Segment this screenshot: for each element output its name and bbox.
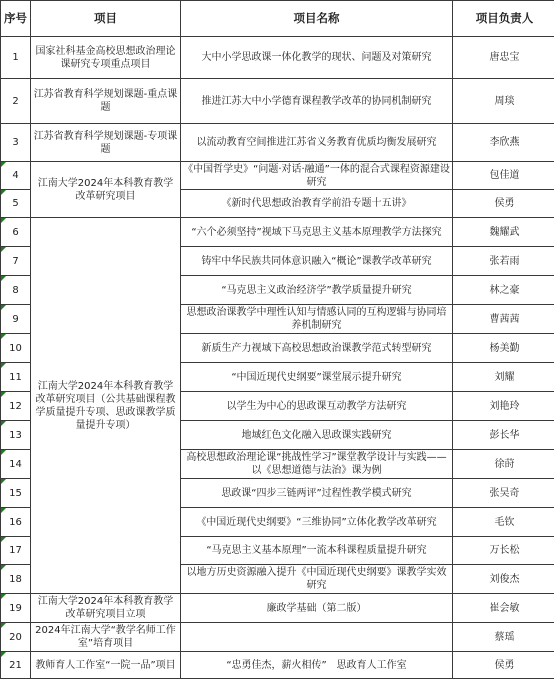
projects-table: 序号 项目 项目名称 项目负责人 1 国家社科基金高校思想政治理论课研究专项重点… bbox=[0, 0, 554, 679]
cell-flag-icon bbox=[1, 392, 6, 397]
project-name-cell: “忠勇佳杰，薪火相传” 思政育人工作室 bbox=[181, 652, 453, 679]
table-row: 4 江南大学2024年本科教育教学改革研究项目 《中国哲学史》“问题·对话·融通… bbox=[1, 162, 554, 190]
project-name-cell: 新质生产力视域下高校思想政治课教学范式转型研究 bbox=[181, 334, 453, 363]
project-name-cell: 《中国近现代史纲要》“三维协同”立体化教学改革研究 bbox=[181, 508, 453, 537]
cell-flag-icon bbox=[1, 162, 6, 167]
project-name-cell: 推进江苏大中小学德育课程教学改革的协同机制研究 bbox=[181, 79, 453, 124]
owner-cell: 毛钦 bbox=[453, 508, 554, 537]
row-seq: 17 bbox=[1, 537, 31, 565]
owner-cell: 刘耀 bbox=[453, 363, 554, 392]
owner-cell: 徐莳 bbox=[453, 450, 554, 479]
project-name-cell: “马克思主义政治经济学”教学质量提升研究 bbox=[181, 276, 453, 305]
owner-cell: 周琰 bbox=[453, 79, 554, 124]
row-seq: 19 bbox=[1, 594, 31, 623]
project-name-cell bbox=[181, 623, 453, 652]
row-seq: 18 bbox=[1, 565, 31, 594]
owner-cell: 崔会敏 bbox=[453, 594, 554, 623]
row-seq: 5 bbox=[1, 190, 31, 218]
owner-cell: 万长松 bbox=[453, 537, 554, 565]
category-cell: 国家社科基金高校思想政治理论课研究专项重点项目 bbox=[31, 37, 181, 79]
row-seq: 9 bbox=[1, 305, 31, 334]
cell-flag-icon bbox=[1, 537, 6, 542]
table-row: 2 江苏省教育科学规划课题-重点课题 推进江苏大中小学德育课程教学改革的协同机制… bbox=[1, 79, 554, 124]
project-name-cell: 地域红色文化融入思政课实践研究 bbox=[181, 421, 453, 450]
owner-cell: 包佳道 bbox=[453, 162, 554, 190]
table-row: 21 教师育人工作室“一院一品”项目 “忠勇佳杰，薪火相传” 思政育人工作室 侯… bbox=[1, 652, 554, 679]
header-owner: 项目负责人 bbox=[453, 1, 554, 37]
cell-flag-icon bbox=[1, 247, 6, 252]
row-seq: 1 bbox=[1, 37, 31, 79]
project-name-cell: “六个必须坚持”视域下马克思主义基本原理教学方法探究 bbox=[181, 218, 453, 247]
row-seq: 11 bbox=[1, 363, 31, 392]
project-name-cell: 思想政治课教学中理性认知与情感认同的互构逻辑与协同培养机制研究 bbox=[181, 305, 453, 334]
row-seq: 3 bbox=[1, 124, 31, 162]
cell-flag-icon bbox=[1, 363, 6, 368]
project-name-cell: 以地方历史资源融入提升《中国近现代史纲要》课教学实效研究 bbox=[181, 565, 453, 594]
project-name-cell: 廉政学基础（第二版） bbox=[181, 594, 453, 623]
owner-cell: 彭长华 bbox=[453, 421, 554, 450]
cell-flag-icon bbox=[1, 218, 6, 223]
row-seq: 8 bbox=[1, 276, 31, 305]
owner-cell: 侯勇 bbox=[453, 190, 554, 218]
row-seq: 16 bbox=[1, 508, 31, 537]
cell-flag-icon bbox=[1, 421, 6, 426]
owner-cell: 曹茜茜 bbox=[453, 305, 554, 334]
row-seq: 14 bbox=[1, 450, 31, 479]
row-seq: 4 bbox=[1, 162, 31, 190]
project-name-cell: 思政课“四步三链两评”过程性教学模式研究 bbox=[181, 479, 453, 508]
owner-cell: 魏耀武 bbox=[453, 218, 554, 247]
owner-cell: 刘俊杰 bbox=[453, 565, 554, 594]
project-name-cell: 以流动教育空间推进江苏省义务教育优质均衡发展研究 bbox=[181, 124, 453, 162]
owner-cell: 刘艳玲 bbox=[453, 392, 554, 421]
row-seq: 2 bbox=[1, 79, 31, 124]
category-cell: 江苏省教育科学规划课题-重点课题 bbox=[31, 79, 181, 124]
header-seq: 序号 bbox=[1, 1, 31, 37]
owner-cell: 唐忠宝 bbox=[453, 37, 554, 79]
project-name-cell: 高校思想政治理论课“挑战性学习”课堂教学设计与实践——以《思想道德与法治》课为例 bbox=[181, 450, 453, 479]
cell-flag-icon bbox=[1, 190, 6, 195]
table-row: 19 江南大学2024年本科教育教学改革研究项目立项 廉政学基础（第二版） 崔会… bbox=[1, 594, 554, 623]
header-project-name: 项目名称 bbox=[181, 1, 453, 37]
category-cell: 2024年江南大学“教学名师工作室”培育项目 bbox=[31, 623, 181, 652]
project-name-cell: 铸牢中华民族共同体意识融入“概论”课教学改革研究 bbox=[181, 247, 453, 276]
table-row: 20 2024年江南大学“教学名师工作室”培育项目 蔡瑶 bbox=[1, 623, 554, 652]
owner-cell: 杨美勤 bbox=[453, 334, 554, 363]
project-name-cell: “中国近现代史纲要”课堂展示提升研究 bbox=[181, 363, 453, 392]
owner-cell: 林之豪 bbox=[453, 276, 554, 305]
table-row: 6 江南大学2024年本科教育教学改革研究项目（公共基础课程教学质量提升专项、思… bbox=[1, 218, 554, 247]
owner-cell: 李欣燕 bbox=[453, 124, 554, 162]
owner-cell: 张若雨 bbox=[453, 247, 554, 276]
project-name-cell: 大中小学思政课一体化教学的现状、问题及对策研究 bbox=[181, 37, 453, 79]
header-row: 序号 项目 项目名称 项目负责人 bbox=[1, 1, 554, 37]
project-name-cell: 《新时代思想政治教育学前沿专题十五讲》 bbox=[181, 190, 453, 218]
owner-cell: 蔡瑶 bbox=[453, 623, 554, 652]
row-seq: 13 bbox=[1, 421, 31, 450]
cell-flag-icon bbox=[1, 276, 6, 281]
cell-flag-icon bbox=[1, 305, 6, 310]
cell-flag-icon bbox=[1, 450, 6, 455]
owner-cell: 张吴奇 bbox=[453, 479, 554, 508]
row-seq: 7 bbox=[1, 247, 31, 276]
project-name-cell: 以学生为中心的思政课互动教学方法研究 bbox=[181, 392, 453, 421]
category-cell: 教师育人工作室“一院一品”项目 bbox=[31, 652, 181, 679]
project-name-cell: 《中国哲学史》“问题·对话·融通”一体的混合式课程资源建设研究 bbox=[181, 162, 453, 190]
row-seq: 15 bbox=[1, 479, 31, 508]
header-category: 项目 bbox=[31, 1, 181, 37]
cell-flag-icon bbox=[1, 334, 6, 339]
row-seq: 12 bbox=[1, 392, 31, 421]
category-cell: 江南大学2024年本科教育教学改革研究项目 bbox=[31, 162, 181, 218]
project-name-cell: “马克思主义基本原理”一流本科课程质量提升研究 bbox=[181, 537, 453, 565]
cell-flag-icon bbox=[1, 508, 6, 513]
category-cell: 江苏省教育科学规划课题-专项课题 bbox=[31, 124, 181, 162]
category-cell: 江南大学2024年本科教育教学改革研究项目立项 bbox=[31, 594, 181, 623]
owner-cell: 侯勇 bbox=[453, 652, 554, 679]
row-seq: 6 bbox=[1, 218, 31, 247]
table-row: 3 江苏省教育科学规划课题-专项课题 以流动教育空间推进江苏省义务教育优质均衡发… bbox=[1, 124, 554, 162]
row-seq: 21 bbox=[1, 652, 31, 679]
row-seq: 20 bbox=[1, 623, 31, 652]
cell-flag-icon bbox=[1, 565, 6, 570]
row-seq: 10 bbox=[1, 334, 31, 363]
table-row: 1 国家社科基金高校思想政治理论课研究专项重点项目 大中小学思政课一体化教学的现… bbox=[1, 37, 554, 79]
cell-flag-icon bbox=[1, 652, 6, 657]
cell-flag-icon bbox=[1, 623, 6, 628]
cell-flag-icon bbox=[1, 594, 6, 599]
cell-flag-icon bbox=[1, 479, 6, 484]
category-cell: 江南大学2024年本科教育教学改革研究项目（公共基础课程教学质量提升专项、思政课… bbox=[31, 218, 181, 594]
